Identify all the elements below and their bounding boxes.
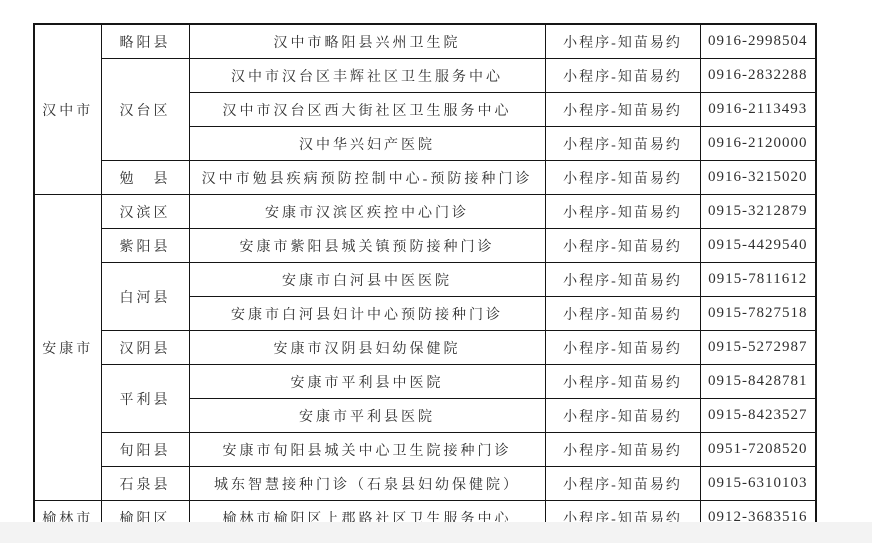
cell-facility: 安康市平利县医院 <box>189 399 545 433</box>
cell-booking: 小程序-知苗易约 <box>545 229 700 263</box>
cell-facility: 安康市汉滨区疾控中心门诊 <box>189 195 545 229</box>
cell-phone: 0916-3215020 <box>700 161 816 195</box>
table-row: 安康市 汉滨区 安康市汉滨区疾控中心门诊 小程序-知苗易约 0915-32128… <box>34 195 816 229</box>
cell-phone: 0951-7208520 <box>700 433 816 467</box>
cell-booking: 小程序-知苗易约 <box>545 399 700 433</box>
cell-booking: 小程序-知苗易约 <box>545 467 700 501</box>
table-row: 紫阳县 安康市紫阳县城关镇预防接种门诊 小程序-知苗易约 0915-442954… <box>34 229 816 263</box>
cell-district: 旬阳县 <box>101 433 189 467</box>
cell-booking: 小程序-知苗易约 <box>545 433 700 467</box>
cell-facility: 汉中市汉台区丰辉社区卫生服务中心 <box>189 59 545 93</box>
table-row: 旬阳县 安康市旬阳县城关中心卫生院接种门诊 小程序-知苗易约 0951-7208… <box>34 433 816 467</box>
cell-phone: 0916-2998504 <box>700 24 816 59</box>
cell-city: 安康市 <box>34 195 101 501</box>
cell-booking: 小程序-知苗易约 <box>545 161 700 195</box>
cell-phone: 0916-2120000 <box>700 127 816 161</box>
cell-district: 汉阴县 <box>101 331 189 365</box>
cell-district: 平利县 <box>101 365 189 433</box>
cell-booking: 小程序-知苗易约 <box>545 263 700 297</box>
cell-booking: 小程序-知苗易约 <box>545 93 700 127</box>
cell-booking: 小程序-知苗易约 <box>545 195 700 229</box>
cell-district: 汉台区 <box>101 59 189 161</box>
cell-facility: 城东智慧接种门诊（石泉县妇幼保健院） <box>189 467 545 501</box>
cell-facility: 汉中市略阳县兴州卫生院 <box>189 24 545 59</box>
cell-phone: 0916-2832288 <box>700 59 816 93</box>
table-row: 白河县 安康市白河县中医医院 小程序-知苗易约 0915-7811612 <box>34 263 816 297</box>
bottom-gray-band <box>0 522 872 543</box>
table-row: 勉 县 汉中市勉县疾病预防控制中心-预防接种门诊 小程序-知苗易约 0916-3… <box>34 161 816 195</box>
cell-facility: 安康市旬阳县城关中心卫生院接种门诊 <box>189 433 545 467</box>
cell-phone: 0915-8428781 <box>700 365 816 399</box>
cell-facility: 汉中市汉台区西大街社区卫生服务中心 <box>189 93 545 127</box>
cell-facility: 安康市汉阴县妇幼保健院 <box>189 331 545 365</box>
table-row: 石泉县 城东智慧接种门诊（石泉县妇幼保健院） 小程序-知苗易约 0915-631… <box>34 467 816 501</box>
cell-district: 勉 县 <box>101 161 189 195</box>
cell-phone: 0915-4429540 <box>700 229 816 263</box>
table-row: 汉阴县 安康市汉阴县妇幼保健院 小程序-知苗易约 0915-5272987 <box>34 331 816 365</box>
cell-district: 略阳县 <box>101 24 189 59</box>
cell-phone: 0916-2113493 <box>700 93 816 127</box>
cell-facility: 汉中华兴妇产医院 <box>189 127 545 161</box>
cell-booking: 小程序-知苗易约 <box>545 365 700 399</box>
cell-booking: 小程序-知苗易约 <box>545 127 700 161</box>
page-background: 汉中市 略阳县 汉中市略阳县兴州卫生院 小程序-知苗易约 0916-299850… <box>0 0 872 543</box>
cell-phone: 0915-7811612 <box>700 263 816 297</box>
cell-phone: 0915-7827518 <box>700 297 816 331</box>
cell-phone: 0915-6310103 <box>700 467 816 501</box>
cell-booking: 小程序-知苗易约 <box>545 331 700 365</box>
cell-facility: 安康市白河县中医医院 <box>189 263 545 297</box>
cell-facility: 汉中市勉县疾病预防控制中心-预防接种门诊 <box>189 161 545 195</box>
cell-phone: 0915-5272987 <box>700 331 816 365</box>
cell-booking: 小程序-知苗易约 <box>545 59 700 93</box>
clinic-table: 汉中市 略阳县 汉中市略阳县兴州卫生院 小程序-知苗易约 0916-299850… <box>33 23 817 536</box>
cell-facility: 安康市紫阳县城关镇预防接种门诊 <box>189 229 545 263</box>
table-row: 汉中市 略阳县 汉中市略阳县兴州卫生院 小程序-知苗易约 0916-299850… <box>34 24 816 59</box>
table-row: 平利县 安康市平利县中医院 小程序-知苗易约 0915-8428781 <box>34 365 816 399</box>
cell-district: 汉滨区 <box>101 195 189 229</box>
cell-district: 石泉县 <box>101 467 189 501</box>
cell-facility: 安康市白河县妇计中心预防接种门诊 <box>189 297 545 331</box>
cell-district: 紫阳县 <box>101 229 189 263</box>
cell-phone: 0915-3212879 <box>700 195 816 229</box>
table-row: 汉台区 汉中市汉台区丰辉社区卫生服务中心 小程序-知苗易约 0916-28322… <box>34 59 816 93</box>
cell-facility: 安康市平利县中医院 <box>189 365 545 399</box>
cell-booking: 小程序-知苗易约 <box>545 24 700 59</box>
cell-phone: 0915-8423527 <box>700 399 816 433</box>
cell-district: 白河县 <box>101 263 189 331</box>
cell-booking: 小程序-知苗易约 <box>545 297 700 331</box>
cell-city: 汉中市 <box>34 24 101 195</box>
